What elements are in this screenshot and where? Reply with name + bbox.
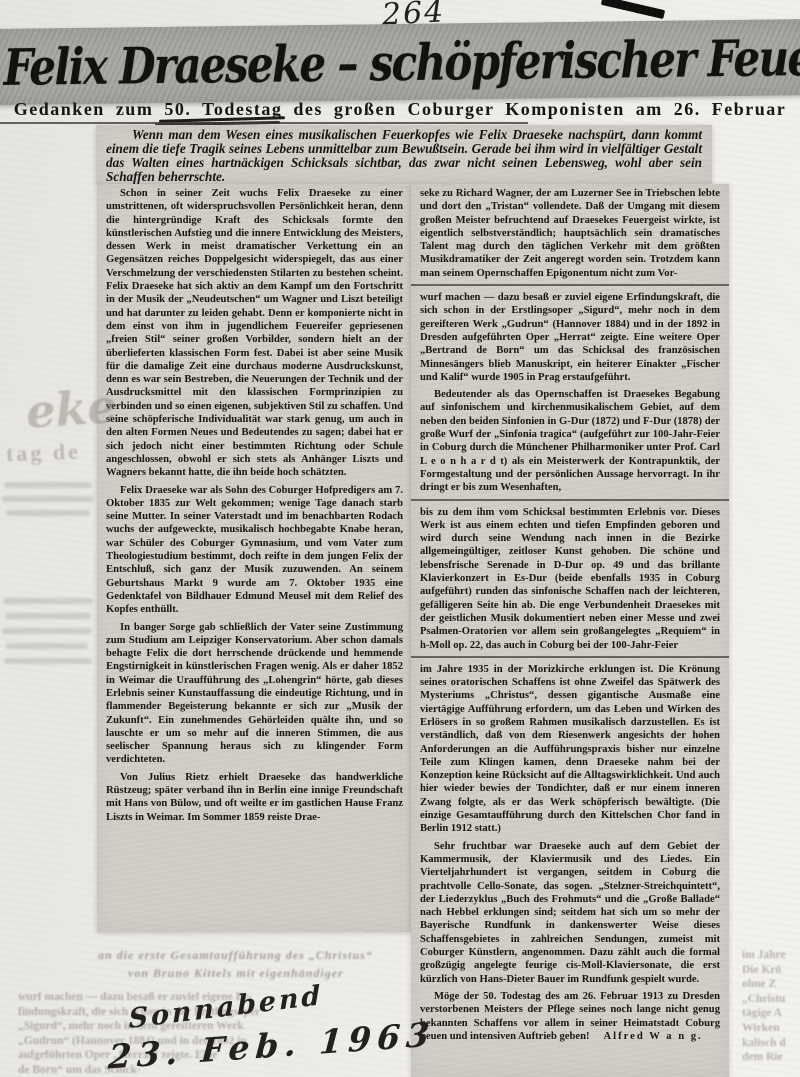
subtitle-pre: Gedanken zum xyxy=(14,99,154,119)
paste-seam xyxy=(411,499,729,501)
ghost-smudge xyxy=(6,510,90,516)
ghost-script-text: tag de xyxy=(6,439,82,468)
paragraph: wurf machen — dazu besaß er zuviel eigen… xyxy=(420,291,720,384)
left-column: Schon in seiner Zeit wuchs Felix Draesek… xyxy=(97,184,412,932)
ghost-smudge xyxy=(3,598,93,604)
subtitle-rule xyxy=(0,122,528,124)
paragraph: Schon in seiner Zeit wuchs Felix Draesek… xyxy=(106,187,403,480)
author-byline: Alfred W a n g. xyxy=(604,1031,703,1042)
subtitle-underlined-phrase: 50. Todestag xyxy=(164,99,282,120)
ink-mark xyxy=(601,0,665,19)
paragraph: bis zu dem ihm vom Schicksal bestimmten … xyxy=(420,506,720,652)
paragraph: im Jahre 1935 in der Morizkirche erklung… xyxy=(420,663,720,836)
newspaper-clipping-page: 264 Felix Draeseke – schöpferischer Feue… xyxy=(0,0,800,1077)
ghost-smudge xyxy=(2,628,92,634)
ghost-text-line: an die erste Gesamtaufführung des „Chris… xyxy=(98,948,373,963)
article-subtitle: Gedanken zum 50. Todestag des großen Cob… xyxy=(0,99,800,120)
paste-seam xyxy=(411,656,729,658)
right-column: seke zu Richard Wagner, der am Luzerner … xyxy=(411,184,729,1077)
paragraph: Felix Draeseke war als Sohn des Coburger… xyxy=(106,484,403,617)
closing-paragraph: Möge der 50. Todestag des am 26. Februar… xyxy=(420,990,720,1043)
article-title: Felix Draeseke – schöpferischer Feuergei… xyxy=(0,26,800,97)
paragraph: Bedeutender als das Opernschaffen ist Dr… xyxy=(420,388,720,494)
ghost-smudge xyxy=(6,643,88,649)
ghost-smudge xyxy=(4,658,92,664)
paragraph: seke zu Richard Wagner, der am Luzerner … xyxy=(420,187,720,280)
ghost-text-line: von Bruno Kittels mit eigenhändiger xyxy=(128,966,344,981)
ghost-smudge xyxy=(2,496,94,502)
paste-seam xyxy=(411,284,729,286)
ghost-text-block: im Jahre Die Krö ohne Z „Christu tägige … xyxy=(742,948,800,1065)
title-band: Felix Draeseke – schöpferischer Feuergei… xyxy=(0,19,800,105)
paragraph: In banger Sorge gab schließlich der Vate… xyxy=(106,621,403,767)
intro-paragraph: Wenn man dem Wesen eines musikalischen F… xyxy=(106,128,702,184)
paragraph: Von Julius Rietz erhielt Draeseke das ha… xyxy=(106,771,403,824)
intro-strip: Wenn man dem Wesen eines musikalischen F… xyxy=(96,125,712,184)
ghost-smudge xyxy=(4,482,92,488)
paragraph: Sehr fruchtbar war Draeseke auch auf dem… xyxy=(420,840,720,986)
subtitle-post: des großen Coburger Komponisten am 26. F… xyxy=(293,99,786,119)
ghost-smudge xyxy=(5,613,91,619)
